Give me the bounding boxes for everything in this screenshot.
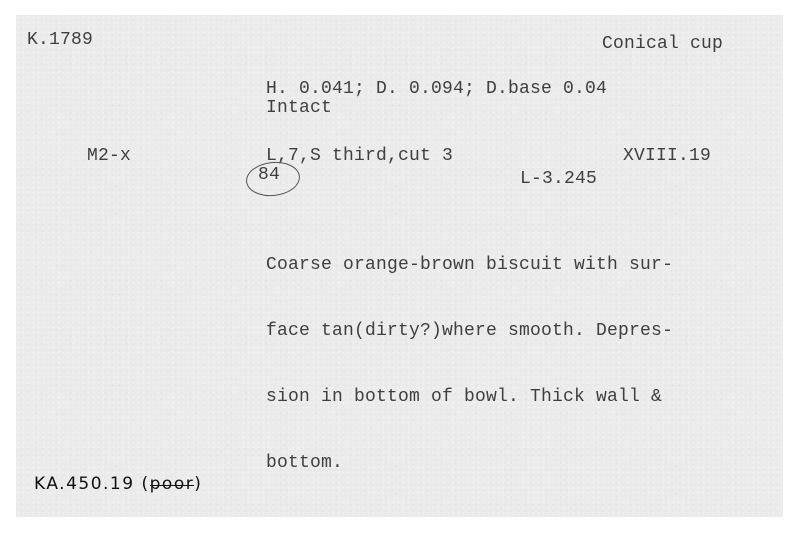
paren-close: ) <box>194 474 202 494</box>
dimensions: H. 0.041; D. 0.094; D.base 0.04 <box>266 79 607 99</box>
description-line: bottom. <box>266 452 673 474</box>
condition: Intact <box>266 98 332 118</box>
description-line: face tan(dirty?)where smooth. Depres- <box>266 320 673 342</box>
description-line: Coarse orange-brown biscuit with sur- <box>266 254 673 276</box>
handwritten-reference: KA.450.19 <box>34 474 135 494</box>
description: Coarse orange-brown biscuit with sur- fa… <box>266 210 673 496</box>
plate-reference: XVIII.19 <box>623 146 711 166</box>
description-line: sion in bottom of bowl. Thick wall & <box>266 386 673 408</box>
struck-word: poor <box>150 474 195 494</box>
accession-number: K.1789 <box>27 30 93 50</box>
paren-open: ( <box>141 474 149 494</box>
handwritten-note: KA.450.19 (poor) <box>34 474 202 494</box>
area-code: M2-x <box>87 146 131 166</box>
object-type: Conical cup <box>602 34 723 54</box>
findspot: L,7,S third,cut 3 <box>266 146 453 166</box>
deposit-reference: L-3.245 <box>520 169 597 189</box>
